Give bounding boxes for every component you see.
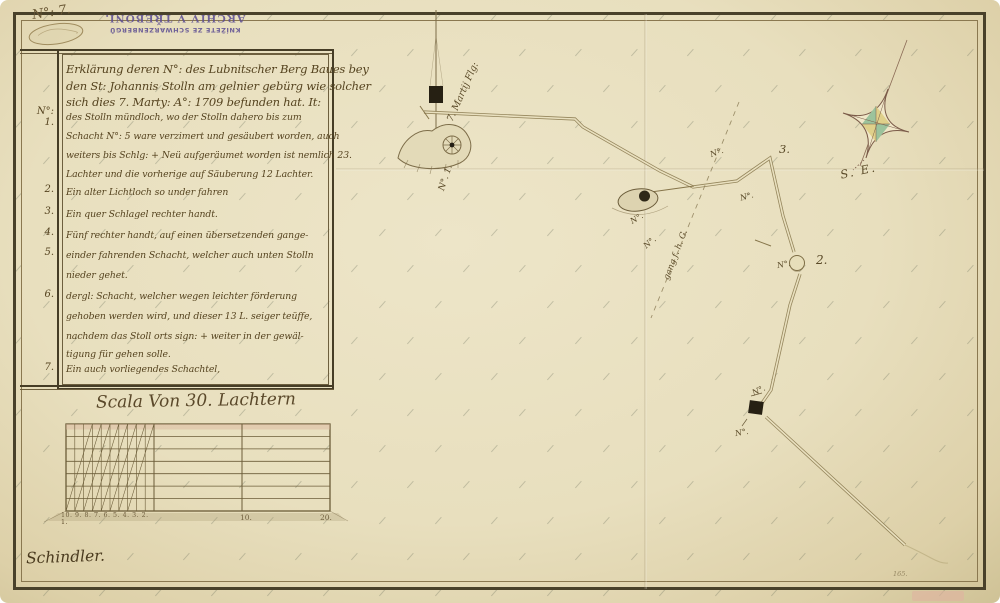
legend-line: dergl: Schacht, welcher wegen leichter f… xyxy=(66,291,334,302)
legend-gutter-number: 6. xyxy=(28,289,54,300)
legend-line: gehoben werden wird, und dieser 13 L. se… xyxy=(66,311,334,322)
map-sheet: N°: 7. KNÍŽETE ZE SCHWARZENBERGŮ ARCHIV … xyxy=(0,0,1000,603)
paper-damage-patch xyxy=(912,591,964,601)
scale-mid-label: 10. xyxy=(240,513,252,522)
corner-tiny-note: 165. xyxy=(893,570,907,578)
legend-line: sich dies 7. Marty: A°: 1709 befunden ha… xyxy=(66,95,334,109)
legend-gutter-number: 5. xyxy=(28,247,54,258)
legend-line: Erklärung deren N°: des Lubnitscher Berg… xyxy=(66,62,334,76)
point-2-label: 2. xyxy=(816,253,827,267)
legend-line: nieder gehet. xyxy=(66,270,334,281)
legend-line: tigung für gehen solle. xyxy=(66,349,334,360)
legend-gutter-number: 3. xyxy=(28,206,54,217)
legend-line: den St: Johannis Stolln am gelnier gebür… xyxy=(66,79,334,93)
legend-gutter-number: 4. xyxy=(28,227,54,238)
legend-line: Ein auch vorliegendes Schachtel, xyxy=(66,364,334,375)
legend-line: Ein quer Schlagel rechter handt. xyxy=(66,209,334,220)
scale-tick-labels: 10. 9. 8. 7. 6. 5. 4. 3. 2. 1. xyxy=(61,512,157,526)
legend-line: Ein alter Lichtloch so under fahren xyxy=(66,187,334,198)
legend-line: des Stolln mündloch, wo der Stolln daher… xyxy=(66,112,334,123)
surveyor-signature: Schindler. xyxy=(26,547,106,568)
legend-gutter-number: N°: 1. xyxy=(28,106,54,128)
stamp-owner-line: KNÍŽETE ZE SCHWARZENBERGŮ xyxy=(96,26,254,34)
scale-right-label: 20. xyxy=(320,513,332,522)
scale-title: Scala Von 30. Lachtern xyxy=(96,389,296,412)
legend-line: Lachter und die vorherige auf Säuberung … xyxy=(66,169,334,180)
legend-line: einder fahrenden Schacht, welcher auch u… xyxy=(66,250,334,261)
archive-stamp: KNÍŽETE ZE SCHWARZENBERGŮ ARCHIV V TŘEBO… xyxy=(96,11,254,34)
point-3-label: 3. xyxy=(779,142,790,156)
horizontal-fold-crease xyxy=(336,168,984,171)
legend-line: weiters bis Schlg: + Neü aufgeräumet wor… xyxy=(66,150,334,161)
legend-line: Schacht N°: 5 ware verzimert und gesäube… xyxy=(66,131,334,142)
legend-gutter-number: 7. xyxy=(28,362,54,373)
legend-line: Fünf rechter handt, auf einen übersetzen… xyxy=(66,230,334,241)
legend-line: nachdem das Stoll orts sign: + weiter in… xyxy=(66,331,334,342)
legend-gutter-number: 2. xyxy=(28,184,54,195)
vertical-fold-crease xyxy=(644,14,647,589)
stamp-place-line: ARCHIV V TŘEBONI. xyxy=(96,11,254,26)
